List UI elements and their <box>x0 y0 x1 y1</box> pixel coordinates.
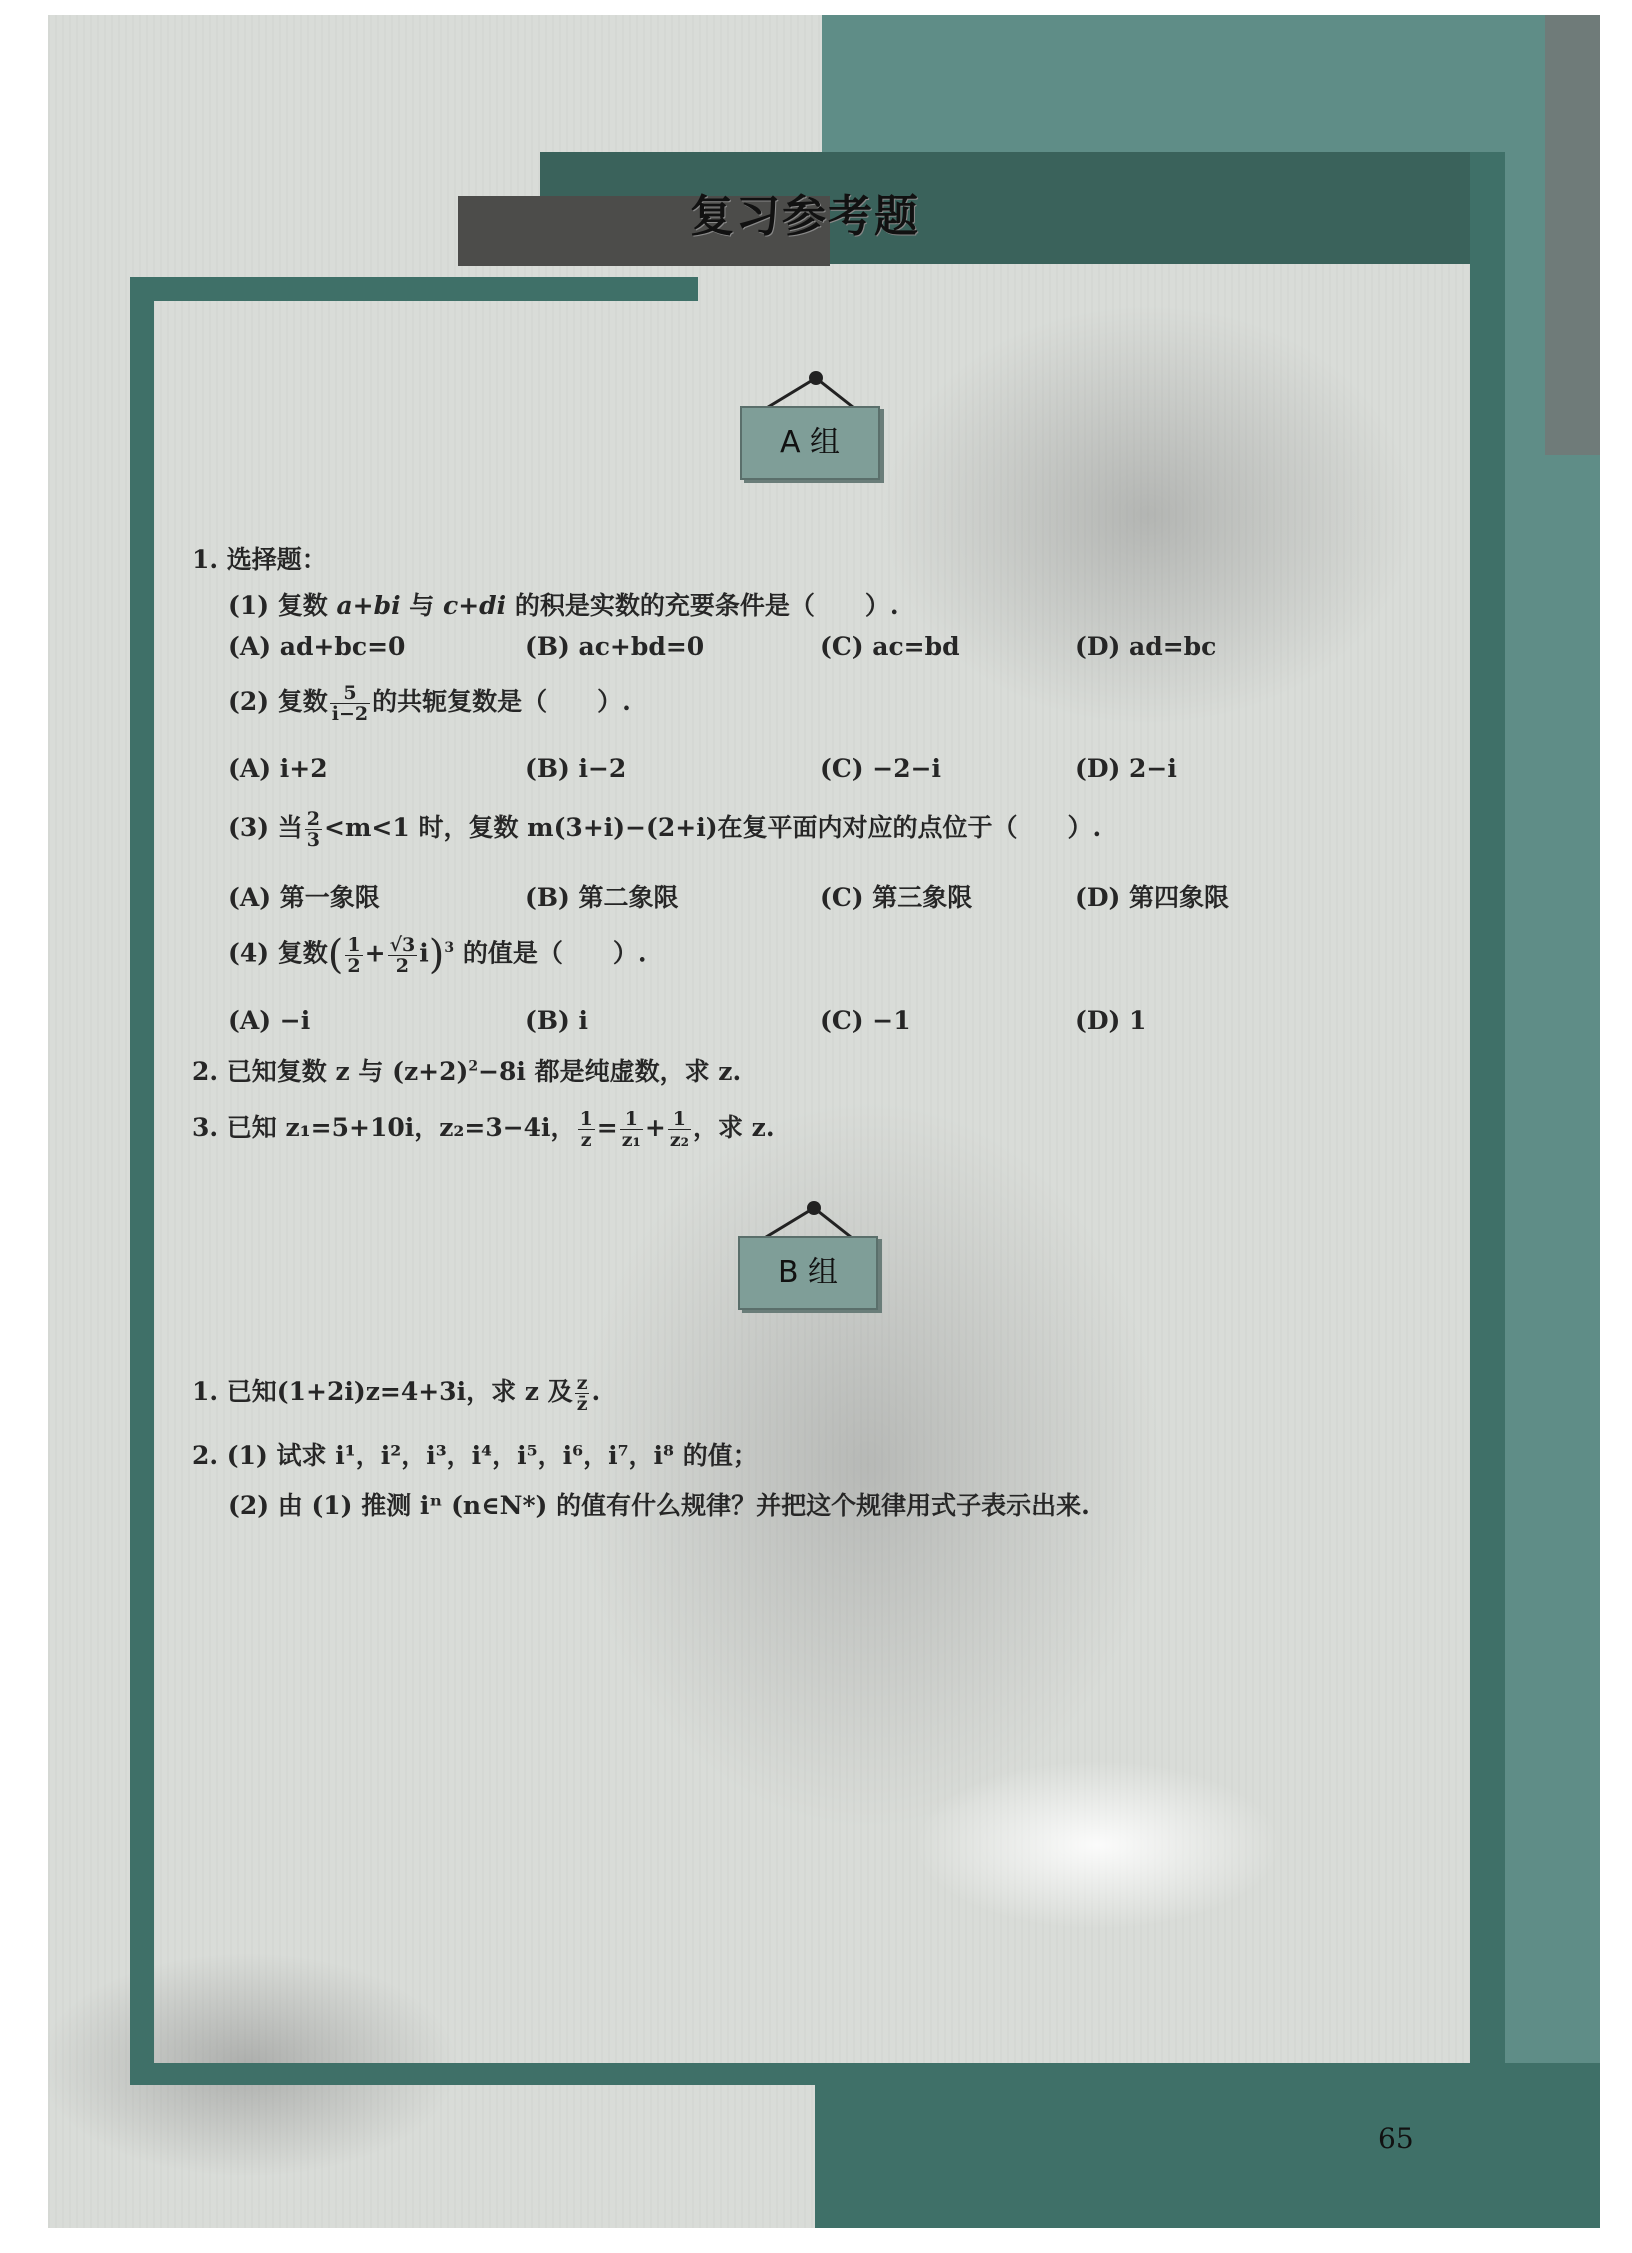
a-q1-3-option-d: (D) 第四象限 <box>1075 878 1229 914</box>
a-q2: 2. 已知复数 z 与 (z+2)2−8i 都是纯虚数，求 z. <box>192 1052 741 1088</box>
a-q1-1-stem: (1) 复数 a+bi 与 c+di 的积是实数的充要条件是（ ）. <box>228 586 899 622</box>
right-grey-strip <box>1545 15 1600 455</box>
frame-top <box>130 277 698 301</box>
top-right-teal-block <box>822 15 1600 165</box>
b-q1: 1. 已知(1+2i)z=4+3i，求 z 及zz̄. <box>192 1372 600 1414</box>
a-q1-3-stem: (3) 当23<m<1 时，复数 m(3+i)−(2+i)在复平面内对应的点位于… <box>228 808 1101 850</box>
frame-right <box>1470 152 1505 2072</box>
frame-bottom <box>130 2063 830 2085</box>
fraction: 1z <box>578 1109 595 1150</box>
a-q1-1-option-b: (B) ac+bd=0 <box>525 632 704 661</box>
bottom-right-teal-block <box>815 2063 1600 2228</box>
fraction: 1z₁ <box>620 1109 643 1150</box>
fraction: 12 <box>345 935 362 976</box>
a-q1-3-option-c: (C) 第三象限 <box>820 878 972 914</box>
a-q1-1-option-c: (C) ac=bd <box>820 632 960 661</box>
group-b-sign: B 组 <box>738 1200 882 1280</box>
a-q1-4-stem: (4) 复数(12+√32i)3 的值是（ ）. <box>228 932 647 978</box>
fraction: √32 <box>388 935 418 976</box>
a-q1-3-option-b: (B) 第二象限 <box>525 878 679 914</box>
a-q1-2-option-c: (C) −2−i <box>820 754 941 783</box>
group-a-sign: A 组 <box>740 370 884 450</box>
page-title: 复习参考题 <box>640 180 970 244</box>
left-paren: ( <box>328 932 344 978</box>
a-q1-4-option-c: (C) −1 <box>820 1006 911 1035</box>
frame-left <box>130 277 154 2085</box>
b-q2-part1: 2. (1) 试求 i¹，i²，i³，i⁴，i⁵，i⁶，i⁷，i⁸ 的值； <box>192 1436 758 1472</box>
page-number: 65 <box>1378 2122 1414 2155</box>
fraction: zz̄ <box>575 1373 590 1414</box>
a-q1-2-option-d: (D) 2−i <box>1075 754 1177 783</box>
b-q2-part2: (2) 由 (1) 推测 iⁿ (n∈N*) 的值有什么规律？并把这个规律用式子… <box>228 1486 1090 1522</box>
a-q1-2-stem: (2) 复数5i−2的共轭复数是（ ）. <box>228 682 631 724</box>
fraction: 1z₂ <box>668 1109 691 1150</box>
a-q1-2-option-a: (A) i+2 <box>228 754 328 783</box>
group-b-label: B 组 <box>738 1236 878 1310</box>
a-q1-4-option-b: (B) i <box>525 1006 588 1035</box>
a-q3: 3. 已知 z₁=5+10i，z₂=3−4i，1z=1z₁+1z₂，求 z. <box>192 1108 775 1150</box>
group-a-label: A 组 <box>740 406 880 480</box>
right-paren: ) <box>429 932 445 978</box>
a-q1-1-option-d: (D) ad=bc <box>1075 632 1216 661</box>
a-q1-2-option-b: (B) i−2 <box>525 754 626 783</box>
a-q1-heading: 1. 选择题： <box>192 540 327 576</box>
fraction: 23 <box>305 809 322 850</box>
fraction: 5i−2 <box>330 683 370 724</box>
a-q1-4-option-a: (A) −i <box>228 1006 310 1035</box>
a-q1-3-option-a: (A) 第一象限 <box>228 878 380 914</box>
a-q1-4-option-d: (D) 1 <box>1075 1006 1146 1035</box>
a-q1-1-option-a: (A) ad+bc=0 <box>228 632 405 661</box>
